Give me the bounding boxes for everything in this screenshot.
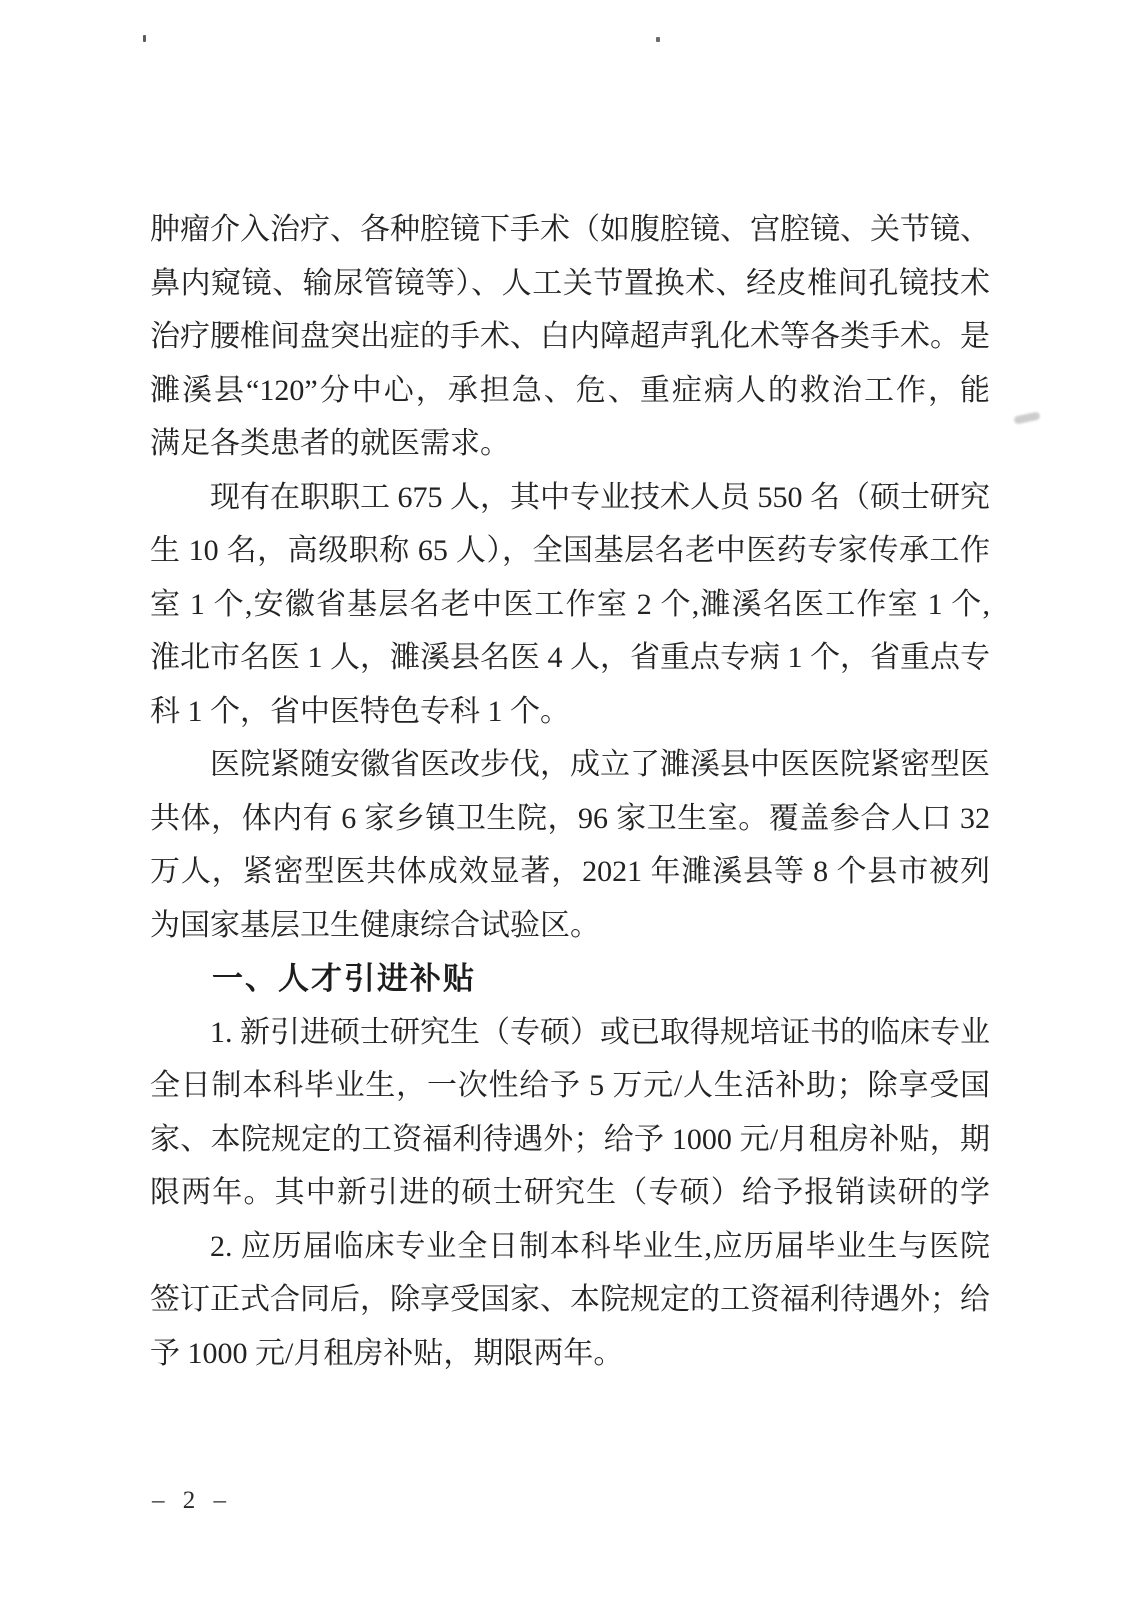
- scan-smudge: [1013, 411, 1040, 424]
- text-line: 治疗腰椎间盘突出症的手术、白内障超声乳化术等各类手术。是: [150, 310, 990, 364]
- text-line: 淮北市名医 1 人，濉溪县名医 4 人，省重点专病 1 个，省重点专: [150, 631, 990, 685]
- text-line: 科 1 个，省中医特色专科 1 个。: [150, 685, 990, 739]
- text-line: 家、本院规定的工资福利待遇外；给予 1000 元/月租房补贴，期: [150, 1113, 990, 1167]
- text-line: 签订正式合同后，除享受国家、本院规定的工资福利待遇外；给: [150, 1273, 990, 1327]
- document-page: 肿瘤介入治疗、各种腔镜下手术（如腹腔镜、宫腔镜、关节镜、 鼻内窥镜、输尿管镜等）…: [0, 0, 1132, 1600]
- text-line: 为国家基层卫生健康综合试验区。: [150, 899, 990, 953]
- paragraph-medical-alliance: 医院紧随安徽省医改步伐，成立了濉溪县中医医院紧密型医 共体，体内有 6 家乡镇卫…: [150, 738, 990, 952]
- text-line: 2. 应历届临床专业全日制本科毕业生,应历届毕业生与医院: [150, 1220, 990, 1274]
- scan-speck: [143, 35, 146, 42]
- text-line: 生 10 名，高级职称 65 人），全国基层名老中医药专家传承工作: [150, 524, 990, 578]
- scan-speck: [656, 37, 660, 42]
- text-line: 肿瘤介入治疗、各种腔镜下手术（如腹腔镜、宫腔镜、关节镜、: [150, 203, 990, 257]
- text-line: 限两年。其中新引进的硕士研究生（专硕）给予报销读研的学费。: [150, 1166, 990, 1220]
- page-number: – 2 –: [152, 1487, 232, 1515]
- text-line: 医院紧随安徽省医改步伐，成立了濉溪县中医医院紧密型医: [150, 738, 990, 792]
- paragraph-item-2: 2. 应历届临床专业全日制本科毕业生,应历届毕业生与医院 签订正式合同后，除享受…: [150, 1220, 990, 1381]
- paragraph-staffing: 现有在职职工 675 人，其中专业技术人员 550 名（硕士研究 生 10 名，…: [150, 471, 990, 739]
- section-heading-talent-subsidy: 一、人才引进补贴: [150, 952, 990, 1006]
- document-body: 肿瘤介入治疗、各种腔镜下手术（如腹腔镜、宫腔镜、关节镜、 鼻内窥镜、输尿管镜等）…: [150, 203, 990, 1380]
- text-line: 濉溪县“120”分中心，承担急、危、重症病人的救治工作，能: [150, 364, 990, 418]
- paragraph-item-1: 1. 新引进硕士研究生（专硕）或已取得规培证书的临床专业 全日制本科毕业生，一次…: [150, 1006, 990, 1220]
- text-line: 共体，体内有 6 家乡镇卫生院，96 家卫生室。覆盖参合人口 32: [150, 792, 990, 846]
- text-line: 1. 新引进硕士研究生（专硕）或已取得规培证书的临床专业: [150, 1006, 990, 1060]
- text-line: 予 1000 元/月租房补贴，期限两年。: [150, 1327, 990, 1381]
- text-line: 室 1 个,安徽省基层名老中医工作室 2 个,濉溪名医工作室 1 个,: [150, 578, 990, 632]
- text-line: 万人，紧密型医共体成效显著，2021 年濉溪县等 8 个县市被列: [150, 845, 990, 899]
- text-line: 全日制本科毕业生，一次性给予 5 万元/人生活补助；除享受国: [150, 1059, 990, 1113]
- paragraph-continued: 肿瘤介入治疗、各种腔镜下手术（如腹腔镜、宫腔镜、关节镜、 鼻内窥镜、输尿管镜等）…: [150, 203, 990, 471]
- text-line: 现有在职职工 675 人，其中专业技术人员 550 名（硕士研究: [150, 471, 990, 525]
- text-line: 鼻内窥镜、输尿管镜等）、人工关节置换术、经皮椎间孔镜技术: [150, 257, 990, 311]
- text-line: 满足各类患者的就医需求。: [150, 417, 990, 471]
